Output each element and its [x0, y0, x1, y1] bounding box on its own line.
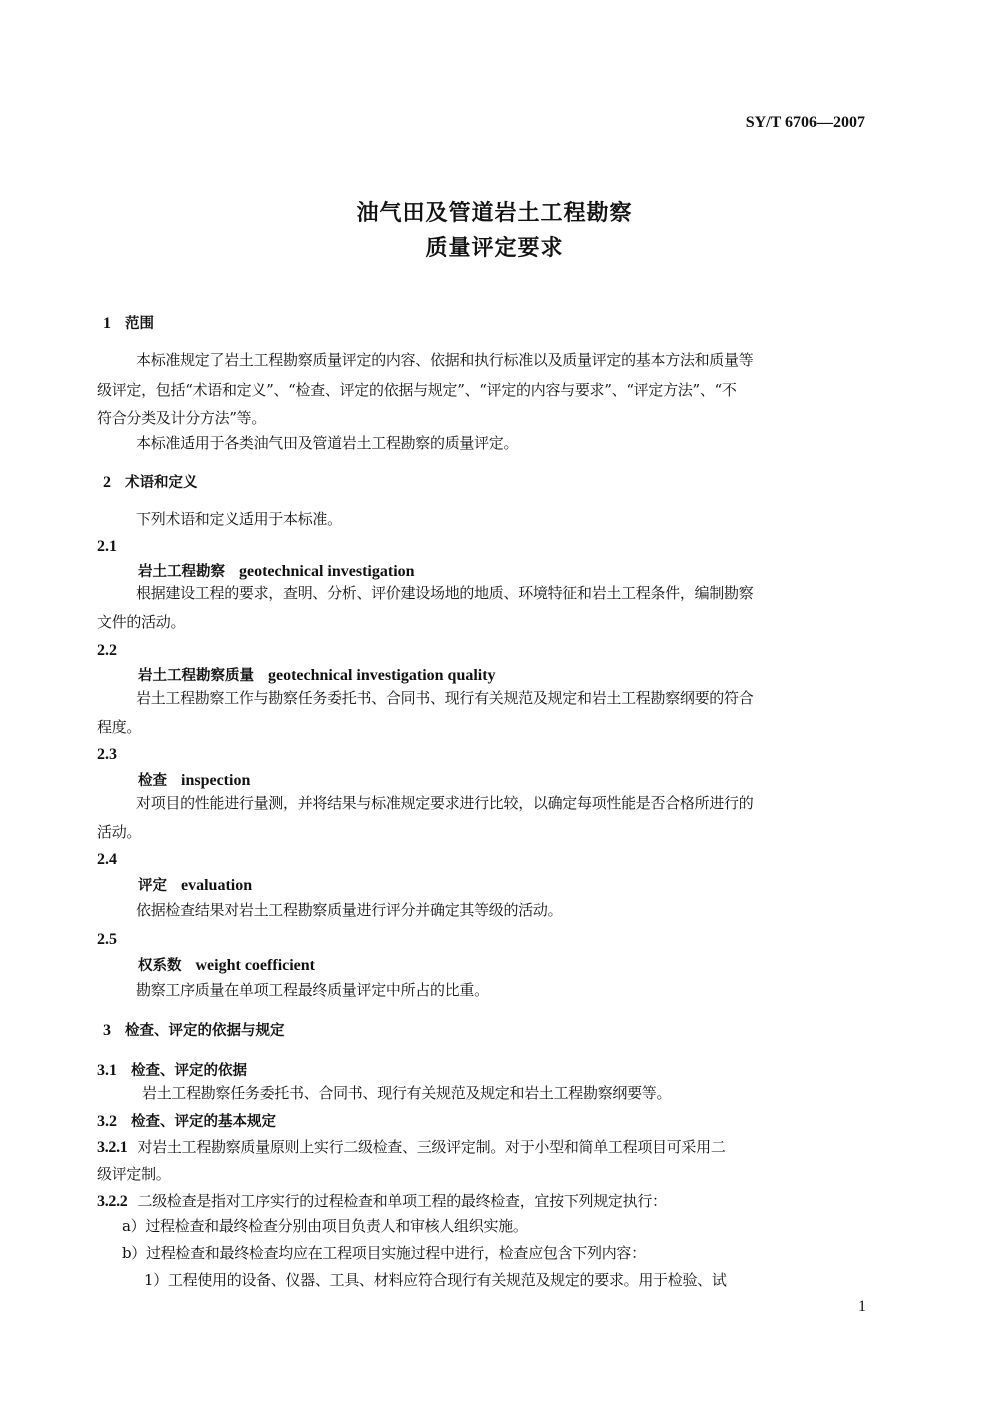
term-title: 检查inspection — [138, 770, 250, 791]
term-definition: 根据建设工程的要求，查明、分析、评价建设场地的地质、环境特征和岩土工程条件，编制… — [136, 583, 753, 603]
section-3-heading: 3检查、评定的依据与规定 — [103, 1020, 285, 1041]
document-title-line2: 质量评定要求 — [0, 231, 989, 262]
subsection-3-2-heading: 3.2检查、评定的基本规定 — [97, 1111, 276, 1132]
term-zh: 岩土工程勘察 — [138, 564, 225, 580]
subsection-title: 检查、评定的基本规定 — [131, 1114, 276, 1130]
term-number: 2.4 — [97, 850, 117, 870]
section-title: 范围 — [125, 316, 154, 332]
term-zh: 评定 — [138, 878, 167, 894]
section-number: 2 — [103, 474, 111, 491]
subsection-title: 检查、评定的依据 — [131, 1063, 247, 1079]
term-title: 岩土工程勘察geotechnical investigation — [138, 561, 415, 582]
term-definition: 对项目的性能进行量测，并将结果与标准规定要求进行比较，以确定每项性能是否合格所进… — [136, 793, 753, 813]
term-number: 2.3 — [97, 745, 117, 765]
section-number: 3 — [103, 1022, 111, 1039]
term-en: weight coefficient — [196, 957, 316, 974]
term-definition: 程度。 — [97, 717, 141, 737]
list-item-a: a）过程检查和最终检查分别由项目负责人和审核人组织实施。 — [122, 1216, 528, 1236]
term-definition: 岩土工程勘察工作与勘察任务委托书、合同书、现行有关规范及规定和岩土工程勘察纲要的… — [136, 688, 753, 708]
clause-3-2-1: 3.2.1对岩土工程勘察质量原则上实行二级检查、三级评定制。对于小型和简单工程项… — [97, 1137, 726, 1158]
page-number: 1 — [858, 1297, 866, 1317]
term-definition: 勘察工序质量在单项工程最终质量评定中所占的比重。 — [136, 980, 489, 1000]
paragraph-line: 本标准规定了岩土工程勘察质量评定的内容、依据和执行标准以及质量评定的基本方法和质… — [136, 350, 753, 370]
subsection-3-1-heading: 3.1检查、评定的依据 — [97, 1060, 247, 1081]
clause-number: 3.2.1 — [97, 1139, 128, 1156]
paragraph-line: 本标准适用于各类油气田及管道岩土工程勘察的质量评定。 — [136, 433, 518, 453]
term-zh: 检查 — [138, 773, 167, 789]
term-en: evaluation — [181, 877, 252, 894]
clause-3-2-2: 3.2.2二级检查是指对工序实行的过程检查和单项工程的最终检查，宜按下列规定执行… — [97, 1191, 667, 1212]
term-definition: 文件的活动。 — [97, 612, 185, 632]
document-title-line1: 油气田及管道岩土工程勘察 — [0, 196, 989, 227]
subsection-number: 3.1 — [97, 1062, 117, 1079]
clause-number: 3.2.2 — [97, 1193, 128, 1210]
term-title: 评定evaluation — [138, 875, 252, 896]
term-definition: 活动。 — [97, 822, 141, 842]
term-zh: 权系数 — [138, 958, 182, 974]
term-number: 2.2 — [97, 641, 117, 661]
paragraph-line: 下列术语和定义适用于本标准。 — [136, 509, 342, 529]
term-definition: 依据检查结果对岩土工程勘察质量进行评分并确定其等级的活动。 — [136, 900, 562, 920]
list-item-b-1: 1）工程使用的设备、仪器、工具、材料应符合现行有关规范及规定的要求。用于检验、试 — [144, 1270, 727, 1290]
paragraph-line: 级评定制。 — [97, 1164, 171, 1184]
subsection-number: 3.2 — [97, 1113, 117, 1130]
section-title: 术语和定义 — [125, 475, 198, 491]
term-en: geotechnical investigation quality — [268, 667, 496, 684]
list-item-b: b）过程检查和最终检查均应在工程项目实施过程中进行，检查应包含下列内容： — [122, 1243, 646, 1263]
standard-code: SY/T 6706—2007 — [720, 114, 865, 132]
clause-text: 对岩土工程勘察质量原则上实行二级检查、三级评定制。对于小型和简单工程项目可采用二 — [138, 1138, 726, 1156]
term-zh: 岩土工程勘察质量 — [138, 668, 254, 684]
section-1-heading: 1范围 — [103, 313, 154, 334]
term-en: inspection — [181, 772, 250, 789]
paragraph-line: 符合分类及计分方法”等。 — [97, 408, 266, 428]
paragraph-line: 岩土工程勘察任务委托书、合同书、现行有关规范及规定和岩土工程勘察纲要等。 — [142, 1083, 671, 1103]
term-number: 2.1 — [97, 537, 117, 557]
term-number: 2.5 — [97, 930, 117, 950]
section-2-heading: 2术语和定义 — [103, 472, 198, 493]
term-title: 权系数weight coefficient — [138, 955, 315, 976]
paragraph-line: 级评定，包括“术语和定义”、“检查、评定的依据与规定”、“评定的内容与要求”、“… — [97, 380, 737, 400]
clause-text: 二级检查是指对工序实行的过程检查和单项工程的最终检查，宜按下列规定执行： — [138, 1192, 667, 1210]
section-number: 1 — [103, 315, 111, 332]
term-en: geotechnical investigation — [239, 563, 415, 580]
term-title: 岩土工程勘察质量geotechnical investigation quali… — [138, 665, 496, 686]
section-title: 检查、评定的依据与规定 — [125, 1023, 285, 1039]
